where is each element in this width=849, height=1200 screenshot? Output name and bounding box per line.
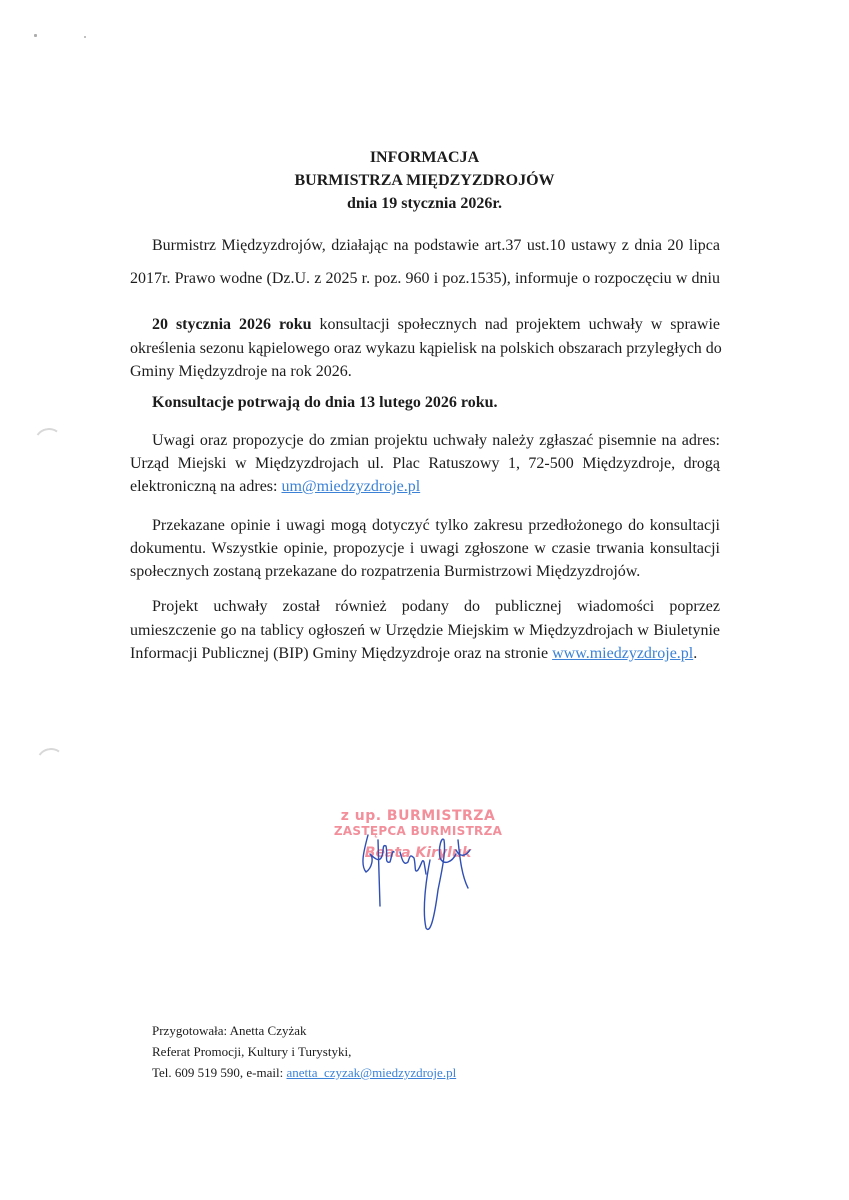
phone-number: Tel. 609 519 590, e-mail: <box>152 1065 286 1080</box>
prepared-by-footer: Przygotowała: Anetta Czyżak Referat Prom… <box>152 1020 456 1083</box>
paragraph-4-line-3: elektroniczną na adres: um@miedzyzdroje.… <box>130 476 698 498</box>
punch-hole-mark <box>34 746 69 781</box>
scan-speck <box>84 36 86 38</box>
paragraph-4-line-1: Uwagi oraz propozycje do zmian projektu … <box>152 430 720 452</box>
paragraph-1-line-1: Burmistrz Międzyzdrojów, działając na po… <box>152 235 720 257</box>
paragraph-1-line-2: 2017r. Prawo wodne (Dz.U. z 2025 r. poz.… <box>130 268 720 290</box>
paragraph-4-line-2: Urząd Miejski w Międzyzdrojach ul. Plac … <box>130 453 720 475</box>
website-link[interactable]: www.miedzyzdroje.pl <box>552 645 693 662</box>
document-header: INFORMACJA BURMISTRZA MIĘDZYZDROJÓW dnia… <box>0 146 849 215</box>
paragraph-5-line-3: społecznych zostaną przekazane do rozpat… <box>130 561 698 583</box>
consultation-start-date: 20 stycznia 2026 roku <box>152 316 312 333</box>
contact-line: Tel. 609 519 590, e-mail: anetta_czyzak@… <box>152 1062 456 1083</box>
header-date: dnia 19 stycznia 2026r. <box>0 192 849 215</box>
email-label: elektroniczną na adres: <box>130 478 281 495</box>
header-title: INFORMACJA <box>0 146 849 169</box>
document-page: INFORMACJA BURMISTRZA MIĘDZYZDROJÓW dnia… <box>0 0 849 1200</box>
website-label: Informacji Publicznej (BIP) Gminy Między… <box>130 645 552 662</box>
handwritten-signature-icon <box>330 810 510 940</box>
preparer-email-link[interactable]: anetta_czyzak@miedzyzdroje.pl <box>286 1065 456 1080</box>
office-email-link[interactable]: um@miedzyzdroje.pl <box>281 478 420 495</box>
paragraph-5-line-2: dokumentu. Wszystkie opinie, propozycje … <box>130 538 720 560</box>
paragraph-2-line-2: określenia sezonu kąpielowego oraz wykaz… <box>130 338 720 360</box>
paragraph-6-line-3: Informacji Publicznej (BIP) Gminy Między… <box>130 643 698 665</box>
paragraph-2-line-1: 20 stycznia 2026 roku konsultacji społec… <box>152 314 720 336</box>
paragraph-6-line-1: Projekt uchwały został również podany do… <box>152 596 720 618</box>
department: Referat Promocji, Kultury i Turystyki, <box>152 1041 456 1062</box>
paragraph-6-line-2: umieszczenie go na tablicy ogłoszeń w Ur… <box>130 620 720 642</box>
paragraph-2-text: konsultacji społecznych nad projektem uc… <box>312 316 720 333</box>
consultation-end-notice: Konsultacje potrwają do dnia 13 lutego 2… <box>152 392 720 414</box>
header-subtitle: BURMISTRZA MIĘDZYZDROJÓW <box>0 169 849 192</box>
punch-hole-mark <box>32 426 67 461</box>
paragraph-5-line-1: Przekazane opinie i uwagi mogą dotyczyć … <box>152 515 720 537</box>
period: . <box>693 645 697 662</box>
paragraph-2-line-3: Gminy Międzyzdroje na rok 2026. <box>130 361 698 383</box>
scan-speck <box>34 34 37 37</box>
prepared-by: Przygotowała: Anetta Czyżak <box>152 1020 456 1041</box>
